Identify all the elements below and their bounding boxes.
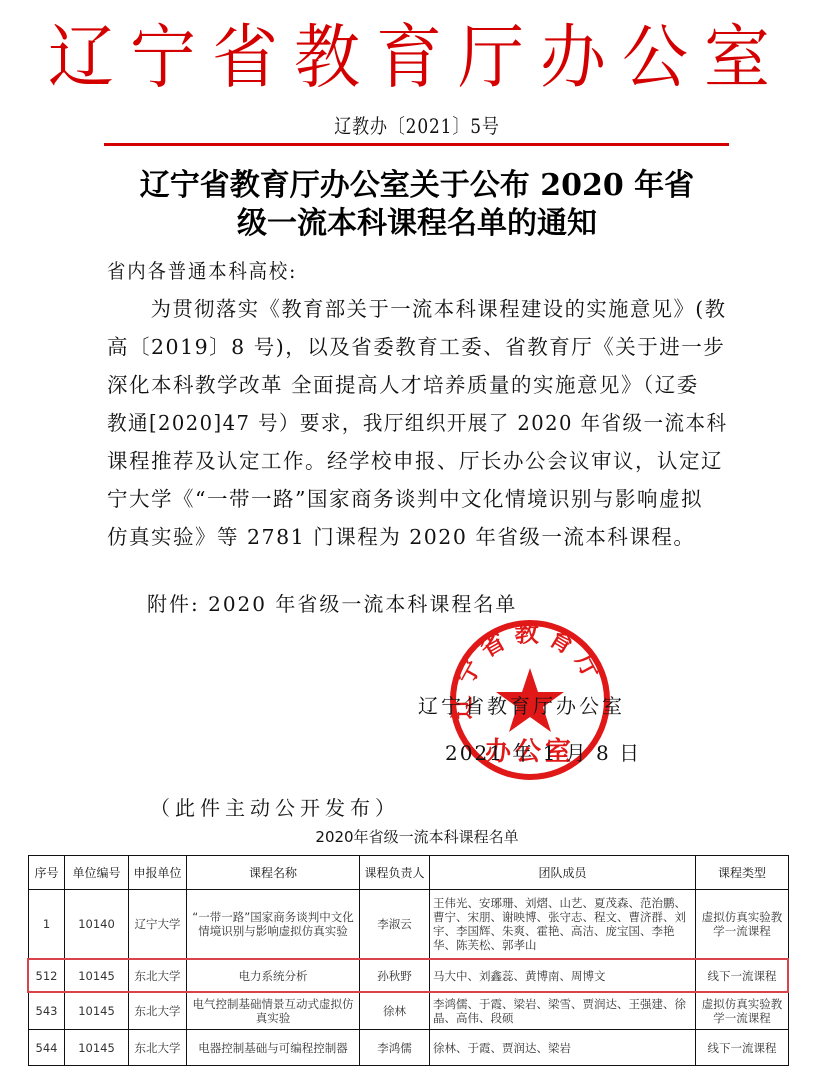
- cell-course: “一带一路”国家商务谈判中文化情境识别与影响虚拟仿真实验: [187, 890, 360, 959]
- column-header: 序号: [29, 856, 65, 890]
- red-divider: [104, 143, 729, 146]
- cell-course: 电力系统分析: [187, 959, 360, 993]
- table-header-row: 序号 单位编号 申报单位 课程名称 课程负责人 团队成员 课程类型: [29, 856, 789, 890]
- cell-lead: 李淑云: [360, 890, 430, 959]
- cell-unit-code: 10145: [65, 1030, 129, 1066]
- body-paragraph: 为贯彻落实《教育部关于一流本科课程建设的实施意见》(教 高〔2019〕8 号)，…: [107, 290, 727, 556]
- cell-members: 王伟光、安琊珊、刘熠、山艺、夏茂森、范治鹏、曹宁、宋朋、谢映博、张守志、程文、曹…: [430, 890, 696, 959]
- column-header: 课程类型: [696, 856, 789, 890]
- cell-members: 李鸿儒、于霞、梁岩、梁雪、贾润达、王强建、徐晶、高伟、段硕: [430, 993, 696, 1030]
- cell-unit-code: 10145: [65, 993, 129, 1030]
- masthead-title: 辽宁省教育厅办公室: [0, 16, 834, 100]
- attachment-note: 附件: 2020 年省级一流本科课程名单: [147, 588, 517, 617]
- cell-unit: 东北大学: [129, 1030, 187, 1066]
- cell-no: 544: [29, 1030, 65, 1066]
- cell-lead: 李鸿儒: [360, 1030, 430, 1066]
- paragraph-line: 仿真实验》等 2781 门课程为 2020 年省级一流本科课程。: [107, 518, 727, 556]
- cell-no: 512: [29, 959, 65, 993]
- paragraph-line: 深化本科教学改革 全面提高人才培养质量的实施意见》（辽委: [107, 366, 727, 404]
- column-header: 申报单位: [129, 856, 187, 890]
- table-row: 1 10140 辽宁大学 “一带一路”国家商务谈判中文化情境识别与影响虚拟仿真实…: [29, 890, 789, 959]
- issuer-signature: 辽宁省教育厅办公室: [418, 690, 625, 719]
- cell-type: 虚拟仿真实验教学一流课程: [696, 890, 789, 959]
- cell-course: 电气控制基础情景互动式虚拟仿真实验: [187, 993, 360, 1030]
- cell-type: 线下一流课程: [696, 1030, 789, 1066]
- issue-date: 2021 年 1 月 8 日: [445, 737, 641, 766]
- table-row: 544 10145 东北大学 电器控制基础与可编程控制器 李鸿儒 徐林、于霞、贾…: [29, 1030, 789, 1066]
- paragraph-line: 课程推荐及认定工作。经学校申报、厅长办公会议审议，认定辽: [107, 442, 727, 480]
- column-header: 课程负责人: [360, 856, 430, 890]
- column-header: 单位编号: [65, 856, 129, 890]
- paragraph-line: 宁大学《“一带一路”国家商务谈判中文化情境识别与影响虚拟: [107, 480, 727, 518]
- paragraph-line: 高〔2019〕8 号)，以及省委教育工委、省教育厅《关于进一步: [107, 328, 727, 366]
- cell-unit: 辽宁大学: [129, 890, 187, 959]
- cell-lead: 徐林: [360, 993, 430, 1030]
- cell-course: 电器控制基础与可编程控制器: [187, 1030, 360, 1066]
- attachment-table-title: 2020年省级一流本科课程名单: [0, 826, 834, 847]
- document-title-line-2: 级一流本科课程名单的通知: [0, 198, 834, 242]
- course-list-table: 序号 单位编号 申报单位 课程名称 课程负责人 团队成员 课程类型 1 1014…: [28, 855, 789, 1066]
- cell-unit-code: 10140: [65, 890, 129, 959]
- document-number: 辽教办〔2021〕5号: [63, 110, 772, 139]
- cell-members: 徐林、于霞、贾润达、梁岩: [430, 1030, 696, 1066]
- cell-unit-code: 10145: [65, 959, 129, 993]
- cell-type: 虚拟仿真实验教学一流课程: [696, 993, 789, 1030]
- paragraph-line: 教通[2020]47 号）要求，我厅组织开展了 2020 年省级一流本科: [107, 404, 698, 442]
- cell-lead: 孙秋野: [360, 959, 430, 993]
- cell-no: 1: [29, 890, 65, 959]
- table-row: 543 10145 东北大学 电气控制基础情景互动式虚拟仿真实验 徐林 李鸿儒、…: [29, 993, 789, 1030]
- cell-no: 543: [29, 993, 65, 1030]
- public-release-notice: （此件主动公开发布）: [150, 792, 400, 821]
- paragraph-line: 为贯彻落实《教育部关于一流本科课程建设的实施意见》(教: [107, 290, 721, 328]
- column-header: 团队成员: [430, 856, 696, 890]
- cell-members: 马大中、刘鑫蕊、黄博南、周博文: [430, 959, 696, 993]
- column-header: 课程名称: [187, 856, 360, 890]
- table-row-highlighted: 512 10145 东北大学 电力系统分析 孙秋野 马大中、刘鑫蕊、黄博南、周博…: [29, 959, 789, 993]
- salutation: 省内各普通本科高校:: [107, 255, 297, 284]
- cell-type: 线下一流课程: [696, 959, 789, 993]
- cell-unit: 东北大学: [129, 993, 187, 1030]
- cell-unit: 东北大学: [129, 959, 187, 993]
